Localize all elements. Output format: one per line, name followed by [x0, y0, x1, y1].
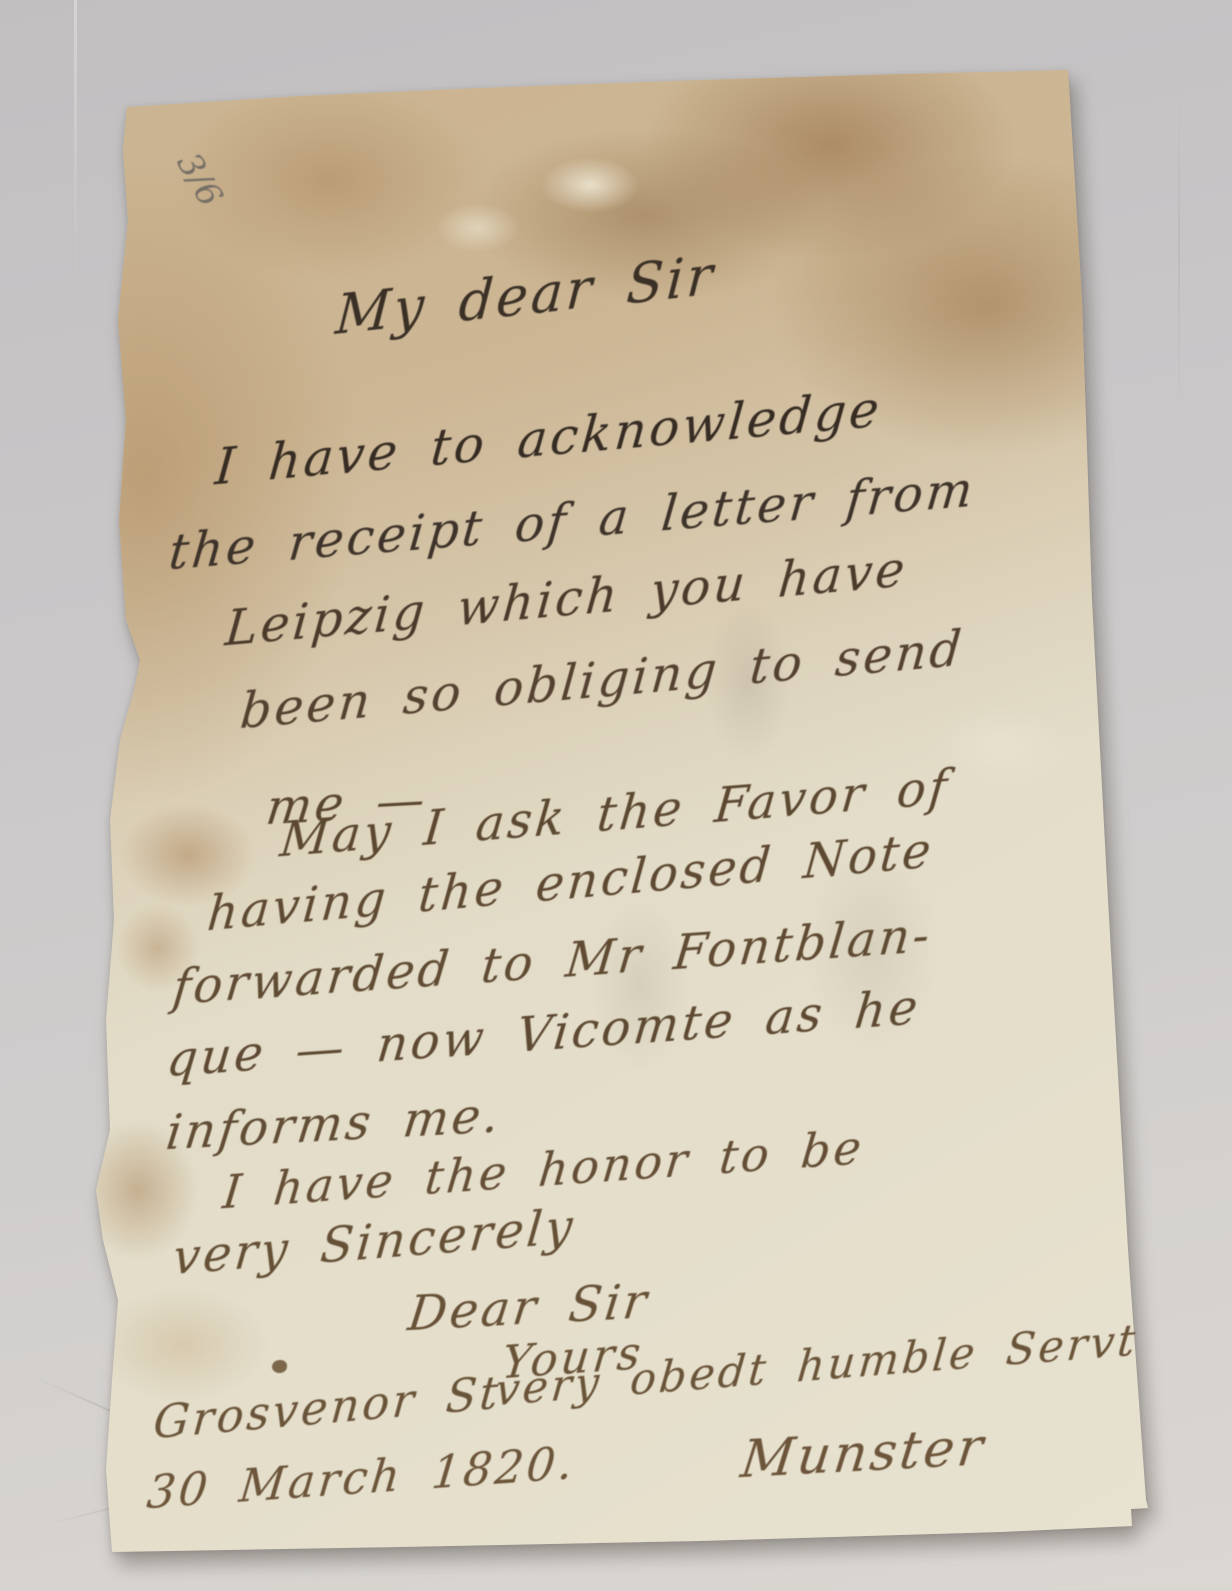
ink-blot	[272, 1360, 287, 1373]
photo-backdrop: 3/6 My dear Sir I have to acknowledge th…	[0, 0, 1232, 1591]
